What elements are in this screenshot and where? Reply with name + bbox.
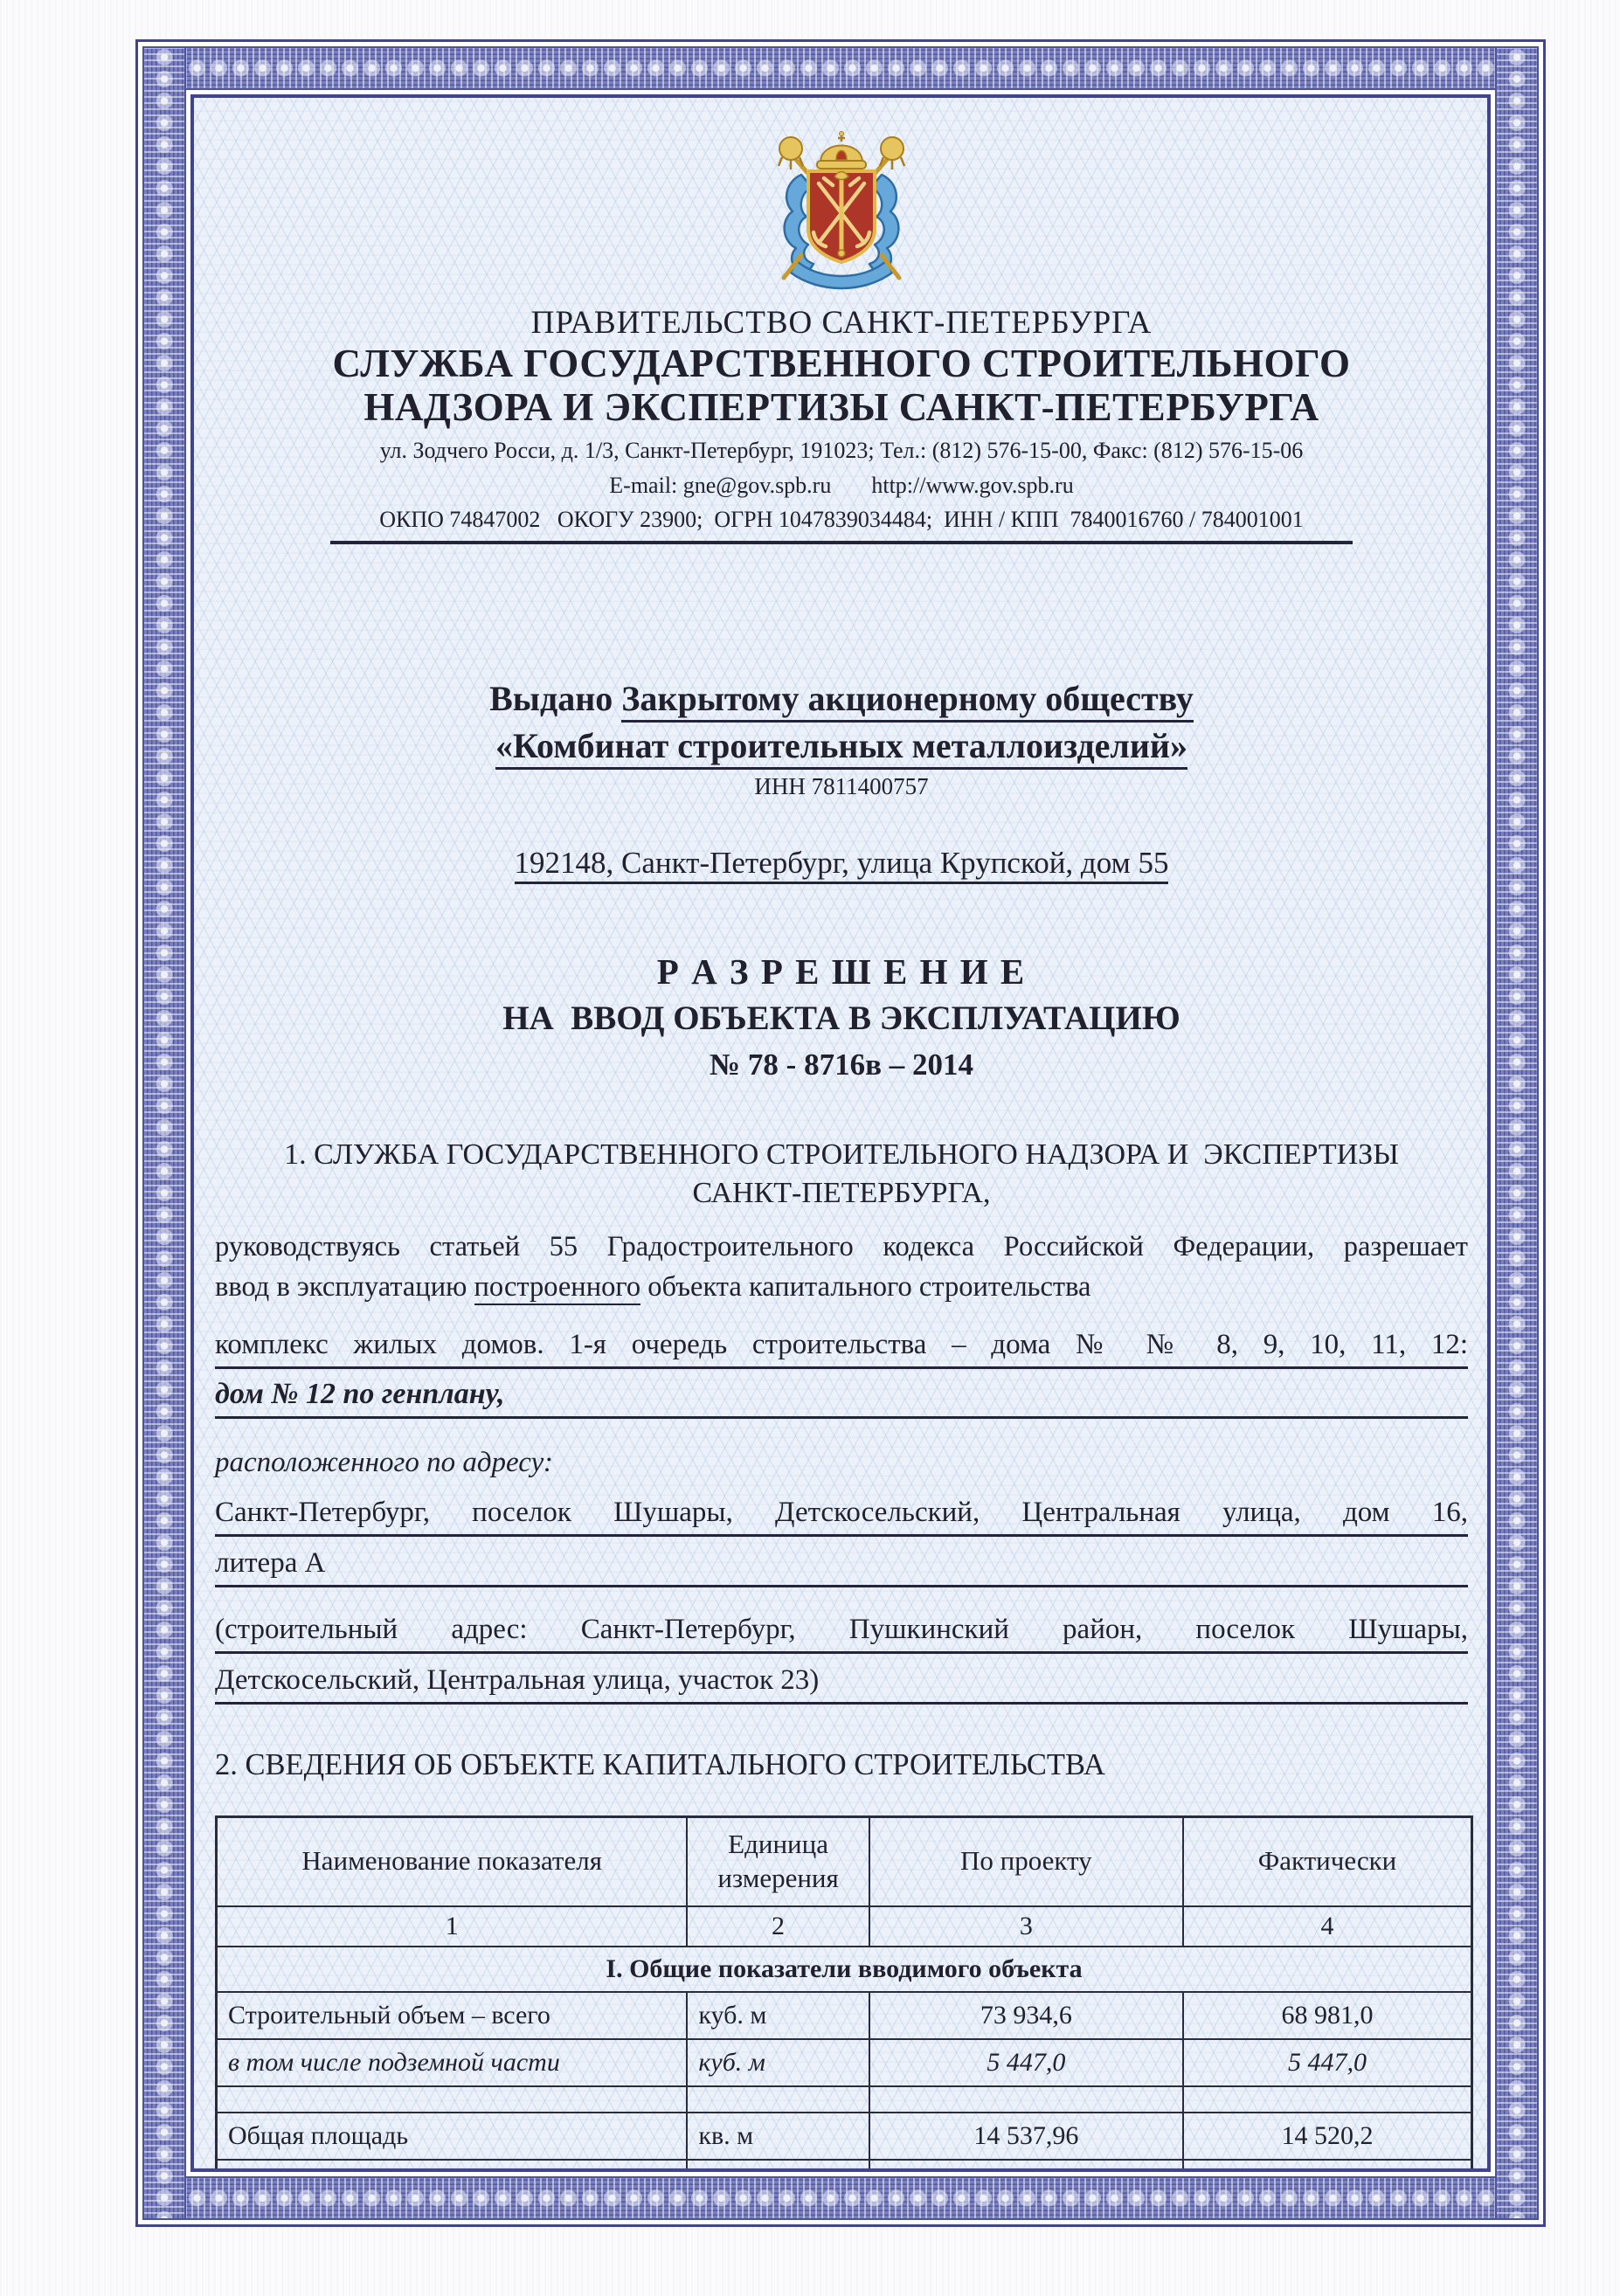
section1-body: руководствуясь статьей 55 Градостроитель… (215, 1227, 1468, 1307)
scanned-permit-document: { "palette": { "frame_navy": "#40448f", … (0, 0, 1620, 2296)
imperial-crown-icon (817, 132, 866, 169)
org-codes-line: ОКПО 74847002 ОКОГУ 23900; ОГРН 10478390… (215, 506, 1468, 534)
permit-title-block: Р А З Р Е Ш Е Н И Е НА ВВОД ОБЪЕКТА В ЭК… (215, 951, 1468, 1083)
table-column-numbers-row: 1 2 3 4 (217, 1906, 1472, 1947)
col-number-3: 3 (869, 1906, 1183, 1947)
org-website: http://www.gov.spb.ru (871, 472, 1073, 500)
table-empty-row (217, 2086, 1472, 2113)
frame-band-right (1495, 46, 1539, 2220)
col-number-2: 2 (687, 1906, 869, 1947)
table-row: в том числе подземной части куб. м 5 447… (217, 2039, 1472, 2086)
section1-body-line1: руководствуясь статьей 55 Градостроитель… (215, 1227, 1468, 1267)
service-name-line2: НАДЗОРА И ЭКСПЕРТИЗЫ САНКТ-ПЕТЕРБУРГА (215, 385, 1468, 429)
located-at-label: расположенного по адресу: (215, 1447, 1468, 1479)
coat-of-arms-icon (766, 124, 917, 295)
section2-heading: 2. СВЕДЕНИЯ ОБ ОБЪЕКТЕ КАПИТАЛЬНОГО СТРО… (215, 1748, 1468, 1782)
issued-to-line1: Выдано Закрытому акционерному обществу (215, 675, 1468, 723)
company-address: 192148, Санкт-Петербург, улица Крупской,… (215, 846, 1468, 881)
scan-page-background: ПРАВИТЕЛЬСТВО САНКТ-ПЕТЕРБУРГА СЛУЖБА ГО… (0, 0, 1620, 2296)
frame-band-top (142, 46, 1539, 90)
object-address-line2: литера А (215, 1547, 1468, 1587)
table-group-title-row: I. Общие показатели вводимого объекта (217, 1947, 1472, 1992)
object-description-line2: дом № 12 по генплану, (215, 1378, 1468, 1419)
construction-address-line1: (строительный адрес: Санкт-Петербург, Пу… (215, 1614, 1468, 1654)
company-inn: ИНН 7811400757 (215, 773, 1468, 800)
permit-title-line1: Р А З Р Е Ш Е Н И Е (215, 951, 1468, 993)
col-number-4: 4 (1183, 1906, 1472, 1947)
table-header-row: Наименование показателя Единица измерени… (217, 1816, 1472, 1906)
issued-to-company-type: Закрытому акционерному обществу (621, 679, 1194, 723)
col-header-project: По проекту (869, 1816, 1183, 1906)
section1-body-line2: ввод в эксплуатацию построенного объекта… (215, 1267, 1468, 1307)
service-name-line1: СЛУЖБА ГОСУДАРСТВЕННОГО СТРОИТЕЛЬНОГО (215, 342, 1468, 385)
guilloche-frame: ПРАВИТЕЛЬСТВО САНКТ-ПЕТЕРБУРГА СЛУЖБА ГО… (135, 39, 1546, 2227)
certificate-paper: ПРАВИТЕЛЬСТВО САНКТ-ПЕТЕРБУРГА СЛУЖБА ГО… (190, 94, 1491, 2172)
section1-heading: 1. СЛУЖБА ГОСУДАРСТВЕННОГО СТРОИТЕЛЬНОГО… (215, 1136, 1468, 1213)
col-header-actual: Фактически (1183, 1816, 1472, 1906)
frame-band-left (142, 46, 186, 2220)
table-row: Общая площадь кв. м 14 537,96 14 520,2 (217, 2113, 1472, 2160)
issued-prefix: Выдано (489, 679, 621, 718)
construction-address-line2: Детскосельский, Центральная улица, участ… (215, 1664, 1468, 1705)
permit-title-line2: НА ВВОД ОБЪЕКТА В ЭКСПЛУАТАЦИЮ (215, 999, 1468, 1040)
object-description-line1: комплекс жилых домов. 1-я очередь строит… (215, 1329, 1468, 1369)
col-header-unit: Единица измерения (687, 1816, 869, 1906)
government-title: ПРАВИТЕЛЬСТВО САНКТ-ПЕТЕРБУРГА (215, 304, 1468, 342)
org-email: E-mail: gne@gov.spb.ru (609, 472, 831, 500)
col-header-indicator: Наименование показателя (217, 1816, 688, 1906)
section1-heading-line1: 1. СЛУЖБА ГОСУДАРСТВЕННОГО СТРОИТЕЛЬНОГО… (215, 1136, 1468, 1174)
frame-band-bottom (142, 2176, 1539, 2220)
table-row: Строительный объем – всего куб. м 73 934… (217, 1992, 1472, 2039)
issued-to-company-name: «Комбинат строительных металлоизделий» (495, 726, 1187, 770)
org-address-line: ул. Зодчего Росси, д. 1/3, Санкт-Петербу… (215, 437, 1468, 465)
org-contact-line: E-mail: gne@gov.spb.ruhttp://www.gov.spb… (215, 472, 1468, 500)
letterhead-rule (330, 541, 1353, 544)
object-address-line1: Санкт-Петербург, поселок Шушары, Детскос… (215, 1497, 1468, 1537)
built-word-underlined: построенного (474, 1271, 641, 1305)
col-number-1: 1 (217, 1906, 688, 1947)
table-trailing-empty-row (217, 2160, 1472, 2172)
permit-number: № 78 - 8716в – 2014 (215, 1047, 1468, 1083)
group-title-cell: I. Общие показатели вводимого объекта (217, 1947, 1472, 1992)
object-info-table: Наименование показателя Единица измерени… (215, 1815, 1473, 2172)
issued-to-line2: «Комбинат строительных металлоизделий» (215, 723, 1468, 770)
document-content: ПРАВИТЕЛЬСТВО САНКТ-ПЕТЕРБУРГА СЛУЖБА ГО… (194, 98, 1487, 2168)
issued-block: Выдано Закрытому акционерному обществу «… (215, 675, 1468, 881)
section1-heading-line2: САНКТ-ПЕТЕРБУРГА, (215, 1174, 1468, 1213)
